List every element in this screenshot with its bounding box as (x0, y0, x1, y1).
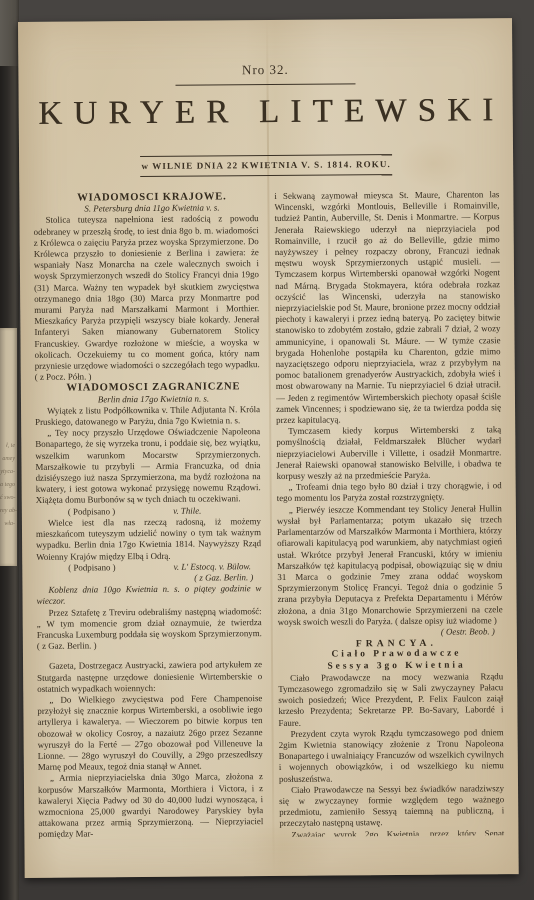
publication-dateline: w WILNIE DNIA 22 KWIETNIA V. S. 1814. RO… (140, 159, 392, 171)
article-paragraph-continuation: i Sekwaną zaymował mieysca St. Maure, Ch… (274, 189, 501, 426)
article-paragraph-quoted: „ Pierwéy ieszcze Kommendant tey Stolicy… (277, 503, 503, 628)
left-column: WIADOMOSCI KRAJOWE. S. Petersburg dnia 1… (33, 191, 263, 839)
source-attribution: ( Oestr. Beob. ) (278, 626, 503, 639)
article-paragraph-quoted: „ Do Wielkiego zwycięstwa pod Fere Champ… (37, 693, 263, 773)
underlying-page-edge-top (0, 0, 20, 66)
article-paragraph-quoted: „ Tey nocy przyszło Urzędowe Oświadczeni… (35, 426, 261, 506)
signature-label: ( Podpisano ) (56, 506, 115, 518)
signature-label: ( Podpisano ) (56, 562, 115, 574)
article-paragraph: Ciało Prawodawcze na mocy wezwania Rządu… (278, 671, 503, 729)
dateline-koblenz: Koblenz dnia 10go Kwietnia n. s. o piąte… (36, 583, 261, 607)
article-paragraph: Ciało Prawodawcze na Sessyi bez świadków… (279, 783, 504, 830)
signature-name: v. L' Estocq. v. Bülow. (162, 561, 251, 573)
article-paragraph: Stolica tuteysza napełniona iest radości… (34, 214, 260, 384)
article-paragraph-quoted: „ Armia nieprzyiacielska dnia 30go Marca… (38, 771, 264, 838)
section-heading-foreign-news: WIADOMOSCI ZAGRANICZNE (35, 382, 260, 395)
article-paragraph: Przez Sztafetę z Treviru odebraliśmy nas… (37, 606, 262, 653)
right-column: i Sekwaną zaymował mieysca St. Maure, Ch… (274, 189, 504, 837)
article-paragraph-quoted: „ Trofeami dnia tego było 80 dział i trz… (277, 480, 502, 504)
article-paragraph: Wielce iest dla nas rzeczą radosną, iż m… (36, 516, 261, 563)
signature-name: v. Thile. (161, 505, 201, 517)
article-paragraph: Zważaiąc wyrok 2go Kwietnia, przez który… (279, 828, 504, 837)
newspaper-title: KURYER LITEWSKI (19, 92, 513, 133)
article-paragraph: Wyiątek z listu Podpółkownika v. Thile A… (35, 404, 260, 428)
masthead-date-band: w WILNIE DNIA 22 KWIETNIA V. S. 1814. RO… (140, 154, 392, 177)
masthead-rule (175, 83, 355, 85)
section-heading-domestic-news: WIADOMOSCI KRAJOWE. (33, 191, 258, 204)
article-paragraph: Gazeta, Dostrzegacz Austryacki, zawiera … (37, 659, 262, 694)
underlying-page-edge: ł, ie amey ytyca- a tego ć swo- rey ab- … (0, 328, 17, 566)
issue-number: Nro 32. (18, 60, 512, 80)
newspaper-page: Nro 32. KURYER LITEWSKI w WILNIE DNIA 22… (18, 18, 519, 878)
article-paragraph: Prezydent czyta wyrok Rządu tymczasowego… (279, 727, 504, 785)
article-paragraph: Tymczasem kiedy korpus Wirtemberski z ta… (276, 424, 501, 482)
underlying-page-text-fragments: ł, ie amey ytyca- a tego ć swo- rey ab- … (0, 440, 17, 531)
masthead: Nro 32. KURYER LITEWSKI w WILNIE DNIA 22… (18, 18, 513, 178)
